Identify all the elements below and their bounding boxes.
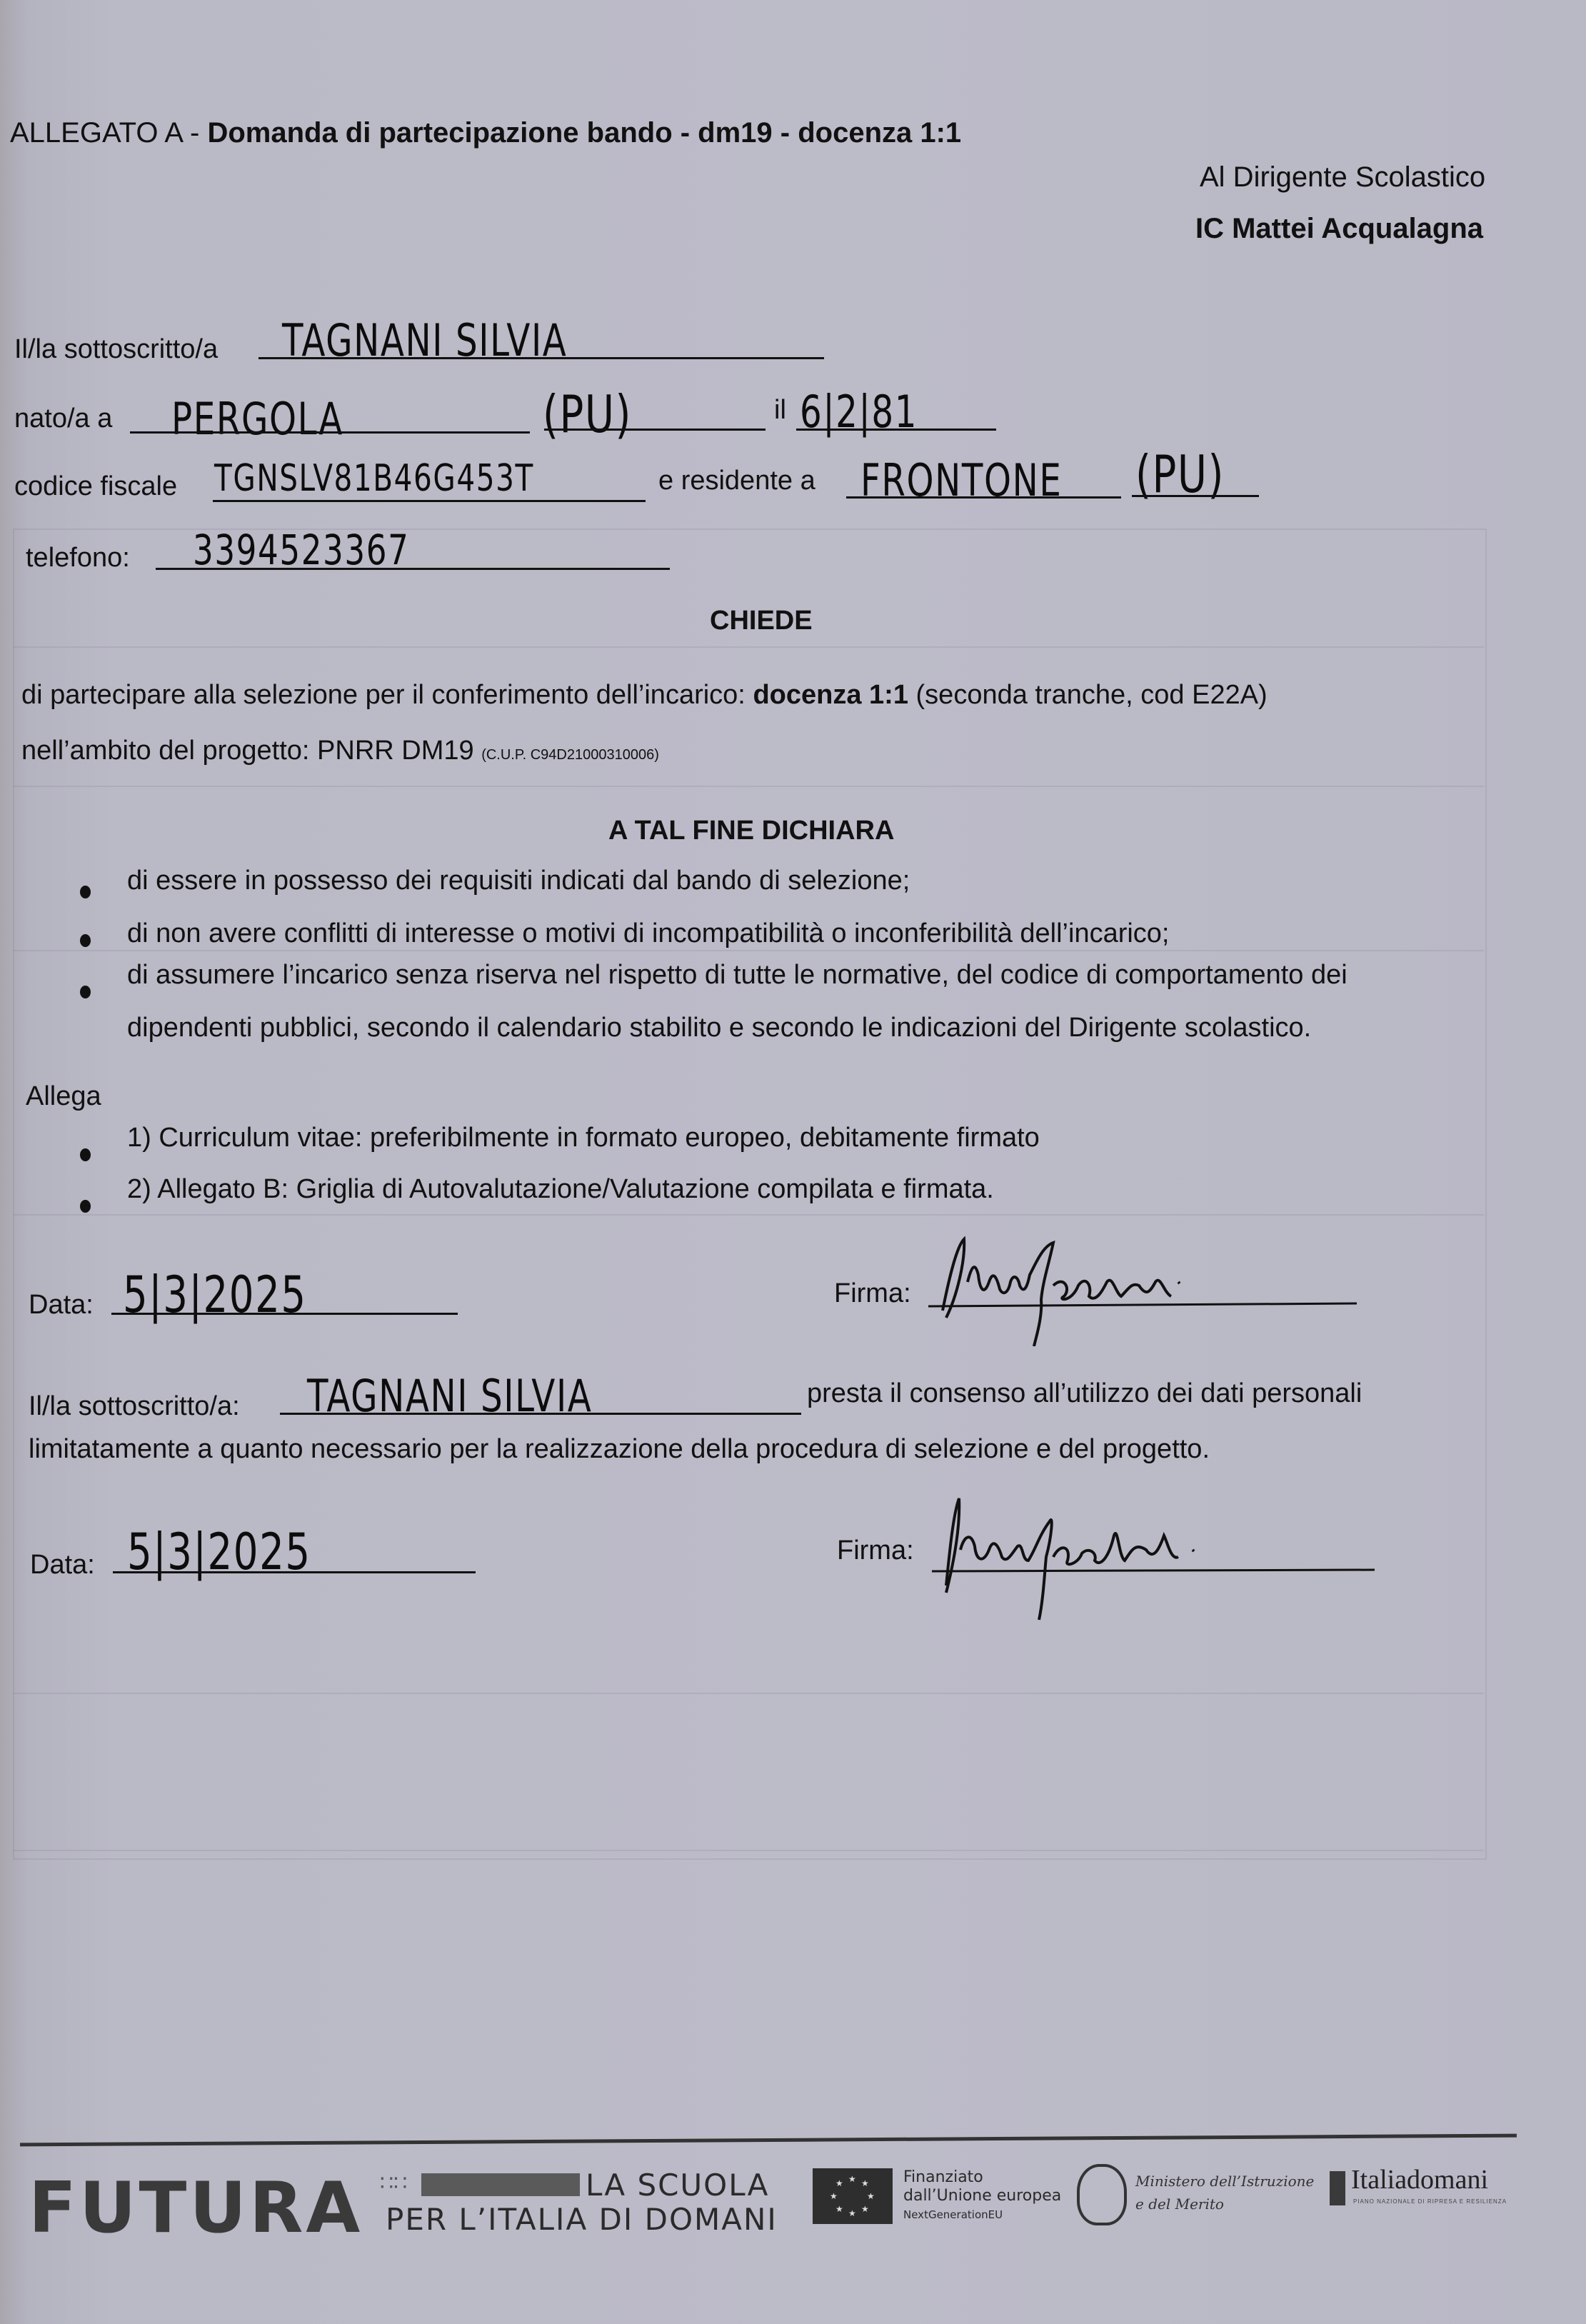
attachments-heading: Allega	[26, 1081, 101, 1112]
birth-province-field[interactable]: (PU)	[543, 384, 632, 444]
footer-rule	[20, 2134, 1517, 2147]
residence-field[interactable]: FRONTONE	[860, 454, 1062, 506]
italiadomani-logo: Italiadomani	[1351, 2164, 1488, 2195]
cup-code: (C.U.P. C94D21000310006)	[481, 747, 659, 763]
ministry-line1: Ministero dell’Istruzione	[1135, 2173, 1314, 2190]
ministry-line2: e del Merito	[1135, 2195, 1224, 2213]
declaration-item-1: di essere in possesso dei requisiti indi…	[127, 866, 910, 896]
italiadomani-subtitle: PIANO NAZIONALE DI RIPRESA E RESILIENZA	[1353, 2198, 1507, 2205]
eu-flag-icon: ★★★★★★★★	[813, 2168, 893, 2224]
date-label-2: Data:	[30, 1550, 95, 1581]
eu-line1: Finanziato	[903, 2168, 983, 2186]
request-heading: CHIEDE	[710, 606, 813, 636]
recipient-line1: Al Dirigente Scolastico	[1200, 161, 1485, 194]
italian-republic-emblem-icon	[1077, 2164, 1127, 2225]
scuola-logo-bar	[421, 2173, 580, 2196]
futura-logo: FUTURA	[29, 2168, 363, 2249]
declaration-item-3-continued: dipendenti pubblici, secondo il calendar…	[127, 1013, 1311, 1043]
tax-code-underline	[213, 500, 646, 502]
birthdate-underline	[796, 429, 996, 431]
phone-field[interactable]: 3394523367	[193, 526, 409, 574]
phone-underline	[156, 568, 670, 570]
attachment-item-1: 1) Curriculum vitae: preferibilmente in …	[127, 1123, 1040, 1153]
show-through-rule	[13, 1850, 1484, 1851]
attachment-item-2: 2) Allegato B: Griglia di Autovalutazion…	[127, 1174, 994, 1205]
eu-line3: NextGenerationEU	[903, 2208, 1003, 2221]
bullet-icon	[80, 934, 91, 947]
date-underline-1	[111, 1313, 458, 1315]
consent-text: presta il consenso all’utilizzo dei dati…	[807, 1378, 1362, 1409]
consent-label: Il/la sottoscritto/a:	[29, 1391, 240, 1422]
document-title: ALLEGATO A - Domanda di partecipazione b…	[10, 117, 961, 149]
title-prefix: ALLEGATO A -	[10, 117, 207, 149]
signature-2[interactable]	[932, 1493, 1375, 1621]
birth-province-underline	[544, 429, 766, 431]
bullet-icon	[80, 1200, 91, 1213]
show-through-rule	[13, 1214, 1484, 1216]
name-underline	[259, 357, 824, 359]
eu-line2: dall’Unione europea	[903, 2187, 1061, 2205]
birthplace-label: nato/a a	[14, 404, 112, 434]
show-through-rule	[13, 950, 1484, 951]
signature-1[interactable]	[928, 1232, 1357, 1346]
residence-province-underline	[1132, 495, 1259, 497]
italiadomani-logo-icon	[1330, 2171, 1345, 2205]
residence-underline	[846, 496, 1121, 499]
sign-label-2: Firma:	[837, 1536, 914, 1566]
declaration-item-3: di assumere l’incarico senza riserva nel…	[127, 960, 1347, 991]
sign-label-1: Firma:	[834, 1278, 911, 1309]
tax-code-field[interactable]: TGNSLV81B46G453T	[214, 457, 534, 500]
request-line2: nell’ambito del progetto: PNRR DM19 (C.U…	[21, 736, 659, 766]
scuola-logo-icon: ∷∷	[380, 2171, 407, 2196]
consent-name-underline	[280, 1413, 801, 1415]
scuola-line1: LA SCUOLA	[586, 2168, 769, 2203]
name-label: Il/la sottoscritto/a	[14, 334, 218, 365]
declaration-heading: A TAL FINE DICHIARA	[608, 816, 894, 846]
declaration-item-2: di non avere conflitti di interesse o mo…	[127, 918, 1170, 949]
birthplace-field[interactable]: PERGOLA	[171, 393, 343, 445]
show-through-rule	[13, 646, 1484, 648]
bullet-icon	[80, 986, 91, 998]
bullet-icon	[80, 1148, 91, 1161]
birthdate-label: il	[774, 395, 786, 426]
date-field-1[interactable]: 5|3|2025	[123, 1266, 307, 1324]
birthplace-underline	[130, 431, 530, 434]
tax-code-label: codice fiscale	[14, 471, 177, 502]
scuola-line2: PER L’ITALIA DI DOMANI	[386, 2202, 778, 2237]
bullet-icon	[80, 886, 91, 898]
show-through-rule	[13, 786, 1484, 787]
recipient-line2: IC Mattei Acqualagna	[1195, 213, 1483, 245]
consent-line2: limitatamente a quanto necessario per la…	[29, 1434, 1210, 1465]
residence-label: e residente a	[658, 466, 815, 496]
date-label-1: Data:	[29, 1290, 94, 1321]
request-line1: di partecipare alla selezione per il con…	[21, 680, 1268, 711]
phone-label: telefono:	[26, 543, 130, 574]
title-main: Domanda di partecipazione bando - dm19 -…	[207, 117, 961, 149]
date-underline-2	[113, 1571, 476, 1573]
show-through-rule	[13, 1693, 1484, 1694]
